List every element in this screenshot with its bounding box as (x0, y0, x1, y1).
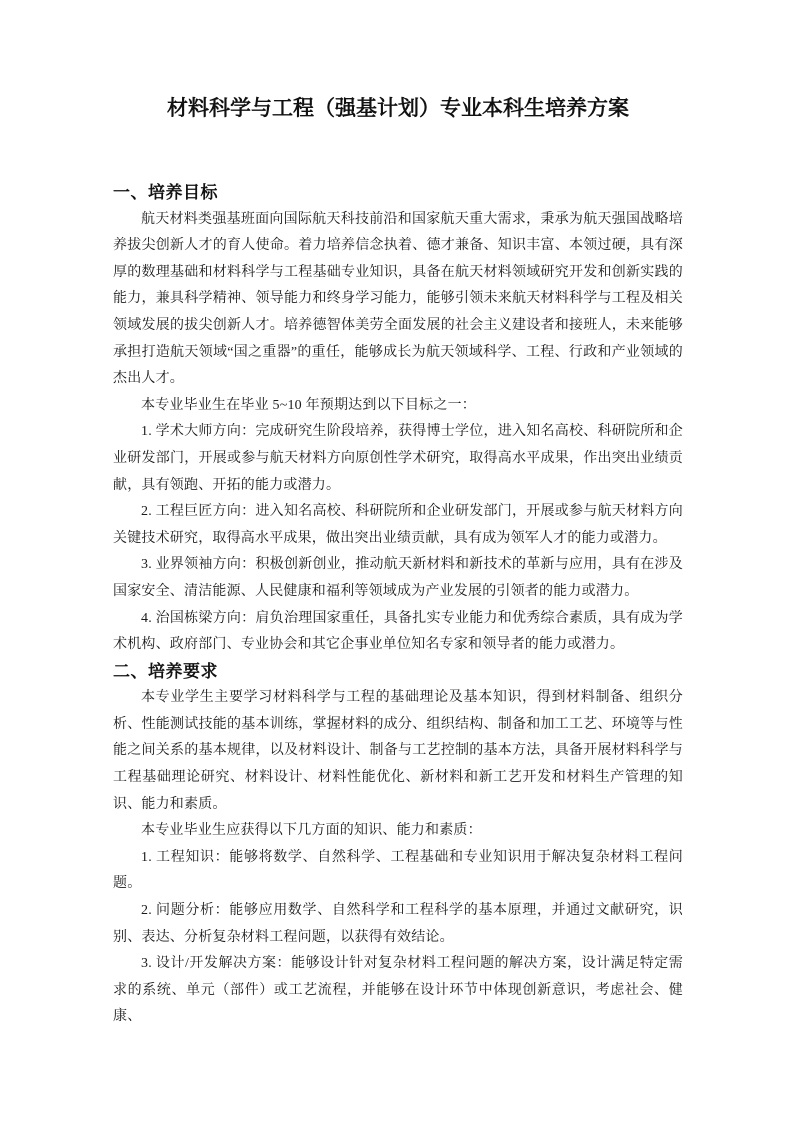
section-heading-training-requirements: 二、培养要求 (113, 659, 683, 686)
para-req-2-problem-analysis: 2. 问题分析：能够应用数学、自然科学和工程科学的基本原理，并通过文献研究，识别… (113, 898, 683, 951)
para-goal-2-engineering-master: 2. 工程巨匠方向：进入知名高校、科研院所和企业研发部门，开展或参与航天材料方向… (113, 499, 683, 552)
para-objectives-overview: 航天材料类强基班面向国际航天科技前沿和国家航天重大需求，秉承为航天强国战略培养拔… (113, 207, 683, 393)
para-requirements-intro: 本专业毕业生应获得以下几方面的知识、能力和素质： (113, 818, 683, 845)
section-heading-training-objectives: 一、培养目标 (113, 180, 683, 207)
para-graduate-goals-intro: 本专业毕业生在毕业 5~10 年预期达到以下目标之一： (113, 393, 683, 420)
document-title: 材料科学与工程（强基计划）专业本科生培养方案 (113, 94, 683, 124)
para-requirements-overview: 本专业学生主要学习材料科学与工程的基础理论及基本知识，得到材料制备、组织分析、性… (113, 685, 683, 818)
para-req-3-design-solutions: 3. 设计/开发解决方案：能够设计针对复杂材料工程问题的解决方案，设计满足特定需… (113, 951, 683, 1031)
section-training-objectives: 一、培养目标 航天材料类强基班面向国际航天科技前沿和国家航天重大需求，秉承为航天… (113, 180, 683, 659)
para-goal-3-industry-leader: 3. 业界领袖方向：积极创新创业，推动航天新材料和新技术的革新与应用，具有在涉及… (113, 552, 683, 605)
para-goal-1-academic-master: 1. 学术大师方向：完成研究生阶段培养，获得博士学位，进入知名高校、科研院所和企… (113, 419, 683, 499)
para-goal-4-state-governance: 4. 治国栋梁方向：肩负治理国家重任，具备扎实专业能力和优秀综合素质，具有成为学… (113, 606, 683, 659)
para-req-1-engineering-knowledge: 1. 工程知识：能够将数学、自然科学、工程基础和专业知识用于解决复杂材料工程问题… (113, 845, 683, 898)
section-training-requirements: 二、培养要求 本专业学生主要学习材料科学与工程的基础理论及基本知识，得到材料制备… (113, 659, 683, 1031)
document-page: 材料科学与工程（强基计划）专业本科生培养方案 一、培养目标 航天材料类强基班面向… (0, 0, 794, 1123)
